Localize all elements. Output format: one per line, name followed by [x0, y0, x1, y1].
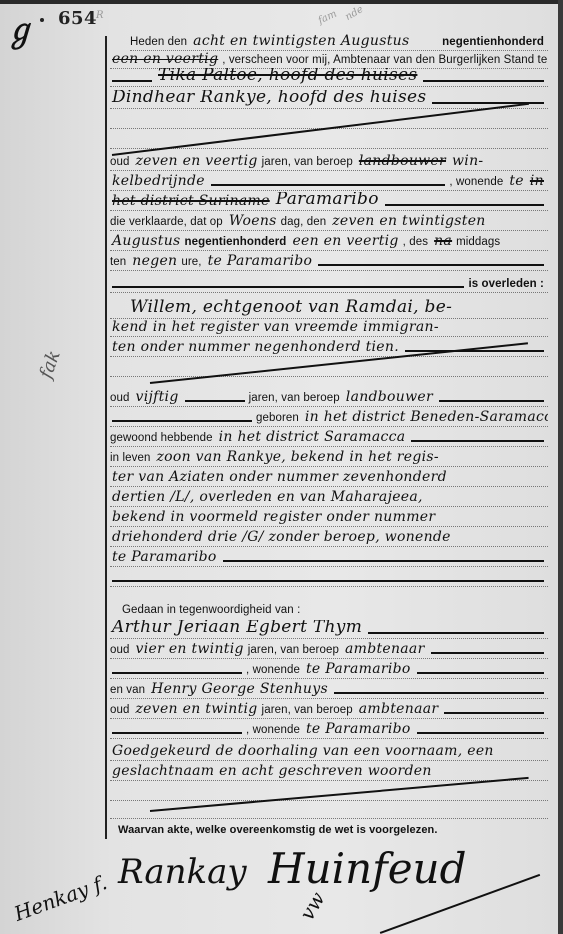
printed-text: negentienhonderd [185, 236, 287, 248]
handwritten-year: een en veertig [112, 51, 218, 67]
line-witness1-residence: , wonende te Paramaribo [110, 660, 548, 679]
handwritten-text: te [509, 173, 524, 189]
signature-3: Henkay f. [11, 870, 110, 926]
line-date: Heden den acht en twintigsten Augustus n… [130, 32, 548, 51]
blank-line [110, 782, 548, 801]
handwritten-age: vijftig [136, 389, 179, 405]
handwritten-age: zeven en twintig [136, 701, 258, 717]
handwritten-approval: geslachtnaam en acht geschreven woorden [112, 763, 432, 779]
handwritten-text: ten onder nummer negenhonderd tien. [112, 339, 399, 355]
line-parents-2: ter van Aziaten onder nummer zevenhonder… [110, 468, 548, 487]
printed-text: jaren, van beroep [262, 704, 353, 716]
line-declarant-struck: Tika Paltoe, hoofd des huises [110, 68, 548, 87]
printed-text: geboren [256, 412, 299, 424]
line-deceased-2: kend in het register van vreemde immigra… [110, 318, 548, 337]
printed-text: gewoond hebbende [110, 432, 213, 444]
line-parents-3: dertien /L/, overleden en van Maharajeea… [110, 488, 548, 507]
line-declarant-job: kelbedrijnde , wonende te in [110, 172, 548, 191]
handwritten-struck-job: landbouwer [359, 153, 446, 169]
dot-mark [40, 18, 44, 22]
handwritten-age: zeven en veertig [136, 153, 258, 169]
civil-registry-death-record: ℊ 654 R fam nde fak Heden den acht en tw… [0, 4, 558, 934]
scan-right-border [558, 0, 563, 934]
handwritten-deceased: Willem, echtgenoot van Ramdai, be- [130, 297, 452, 317]
left-rule [105, 36, 107, 839]
handwritten-approval: Goedgekeurd de doorhaling van een voorna… [112, 743, 494, 759]
printed-text: oud [110, 392, 130, 404]
handwritten-struck-name: Tika Paltoe, hoofd des huises [158, 68, 417, 85]
printed-text: en van [110, 684, 145, 696]
printed-text: negentienhonderd [442, 36, 544, 48]
handwritten-struck: in [530, 173, 544, 189]
margin-mark: ℊ [1, 4, 37, 52]
line-approval-2: geslachtnaam en acht geschreven woorden [110, 762, 548, 781]
printed-text: , wonende [246, 724, 300, 736]
faint-note-fam: fam [317, 8, 339, 26]
blank-line [110, 358, 548, 377]
handwritten-job: landbouwer [346, 389, 433, 405]
faint-note-r: R [96, 10, 104, 21]
handwritten-job: kelbedrijnde [112, 173, 205, 189]
printed-text: , wonende [449, 176, 503, 188]
line-deceased-age: oud vijftig jaren, van beroep landbouwer [110, 388, 548, 407]
margin-note: fak [35, 348, 64, 382]
handwritten-job: ambtenaar [345, 641, 425, 657]
blank-line [110, 800, 548, 819]
handwritten-witness2-name: Henry George Stenhuys [151, 681, 328, 697]
line-witness2-residence: , wonende te Paramaribo [110, 720, 548, 739]
printed-text: middags [456, 236, 500, 248]
handwritten-text: dertien /L/, overleden en van Maharajeea… [112, 489, 423, 505]
signature-1: Rankay [118, 852, 247, 892]
line-approval-1: Goedgekeurd de doorhaling van een voorna… [110, 742, 548, 761]
printed-text: , des [403, 236, 428, 248]
handwritten-declarant: Dindhear Rankye, hoofd des huises [112, 90, 426, 107]
act-number: 654 [58, 8, 97, 29]
printed-closing: Waarvan akte, welke overeenkomstig de we… [118, 824, 438, 836]
handwritten-birthplace: in het district Beneden-Saramacca [305, 409, 548, 425]
printed-text: dag, den [281, 216, 327, 228]
signature-4: vw [295, 888, 330, 925]
printed-text: ure, [181, 256, 201, 268]
printed-text: Heden den [130, 36, 187, 48]
line-parents: in leven zoon van Rankye, bekend in het … [110, 448, 548, 467]
handwritten-date: acht en twintigsten Augustus [193, 33, 409, 49]
handwritten-job: ambtenaar [359, 701, 439, 717]
line-parents-5: driehonderd drie /G/ zonder beroep, wone… [110, 528, 548, 547]
handwritten-text: te Paramaribo [112, 549, 217, 565]
printed-text: die verklaarde, dat op [110, 216, 223, 228]
line-closing: Waarvan akte, welke overeenkomstig de we… [118, 820, 548, 838]
line-residence: gewoond hebbende in het district Saramac… [110, 428, 548, 447]
printed-text: , wonende [246, 664, 300, 676]
printed-text: Gedaan in tegenwoordigheid van : [122, 604, 300, 616]
line-witness-intro: Gedaan in tegenwoordigheid van : [122, 600, 548, 618]
printed-text: in leven [110, 452, 150, 464]
printed-text: ten [110, 256, 126, 268]
printed-text: oud [110, 156, 130, 168]
handwritten-witness1-name: Arthur Jeriaan Egbert Thym [112, 620, 362, 637]
line-witness1-name: Arthur Jeriaan Egbert Thym [110, 620, 548, 639]
handwritten-text: bekend in voormeld register onder nummer [112, 509, 435, 525]
line-overleden: is overleden : [110, 274, 548, 293]
printed-text: jaren, van beroep [262, 156, 353, 168]
handwritten-text: driehonderd drie /G/ zonder beroep, wone… [112, 529, 451, 545]
line-witness1-age: oud vier en twintig jaren, van beroep am… [110, 640, 548, 659]
handwritten-residence: Paramaribo [276, 192, 379, 209]
line-parents-4: bekend in voormeld register onder nummer [110, 508, 548, 527]
handwritten-month: Augustus [112, 233, 181, 249]
line-declarant-residence: het district Suriname Paramaribo [110, 192, 548, 211]
line-parents-6: te Paramaribo [110, 548, 548, 567]
line-death-month: Augustus negentienhonderd een en veertig… [110, 232, 548, 251]
line-year: een en veertig , verscheen voor mij, Amb… [110, 50, 548, 69]
handwritten-text: zoon van Rankye, bekend in het regis- [156, 449, 438, 465]
handwritten-struck-place: het district Suriname [112, 193, 270, 209]
handwritten-day: zeven en twintigsten [332, 213, 485, 229]
line-deceased: Willem, echtgenoot van Ramdai, be- [110, 296, 548, 319]
handwritten-weekday: Woens [229, 213, 277, 229]
printed-is-overleden: is overleden : [468, 278, 544, 290]
handwritten-hour: negen [132, 253, 177, 269]
blank-line [110, 568, 548, 587]
handwritten-text: ter van Aziaten onder nummer zevenhonder… [112, 469, 447, 485]
line-birthplace: geboren in het district Beneden-Saramacc… [110, 408, 548, 427]
handwritten-residence: in het district Saramacca [219, 429, 406, 445]
line-declarant: Dindhear Rankye, hoofd des huises [110, 90, 548, 109]
handwritten-age: vier en twintig [136, 641, 244, 657]
handwritten-struck: na [434, 233, 452, 249]
line-death-hour: ten negen ure, te Paramaribo [110, 252, 548, 271]
handwritten-place: te Paramaribo [208, 253, 313, 269]
line-witness2-name: en van Henry George Stenhuys [110, 680, 548, 699]
blank-line [110, 110, 548, 129]
signature-2: Huinfeud [268, 844, 467, 893]
faint-note-nde: nde [344, 4, 366, 23]
handwritten-residence: te Paramaribo [306, 721, 411, 737]
handwritten-text: kend in het register van vreemde immigra… [112, 319, 439, 335]
handwritten-year: een en veertig [292, 233, 398, 249]
printed-text: oud [110, 644, 130, 656]
handwritten-residence: te Paramaribo [306, 661, 411, 677]
printed-text: jaren, van beroep [248, 644, 339, 656]
printed-text: , verscheen voor mij, Ambtenaar van den … [222, 54, 548, 66]
printed-text: oud [110, 704, 130, 716]
handwritten-job: win- [452, 153, 483, 169]
line-declarant-age: oud zeven en veertig jaren, van beroep l… [110, 152, 548, 171]
printed-text: jaren, van beroep [249, 392, 340, 404]
line-witness2-age: oud zeven en twintig jaren, van beroep a… [110, 700, 548, 719]
line-death-day: die verklaarde, dat op Woens dag, den ze… [110, 212, 548, 231]
